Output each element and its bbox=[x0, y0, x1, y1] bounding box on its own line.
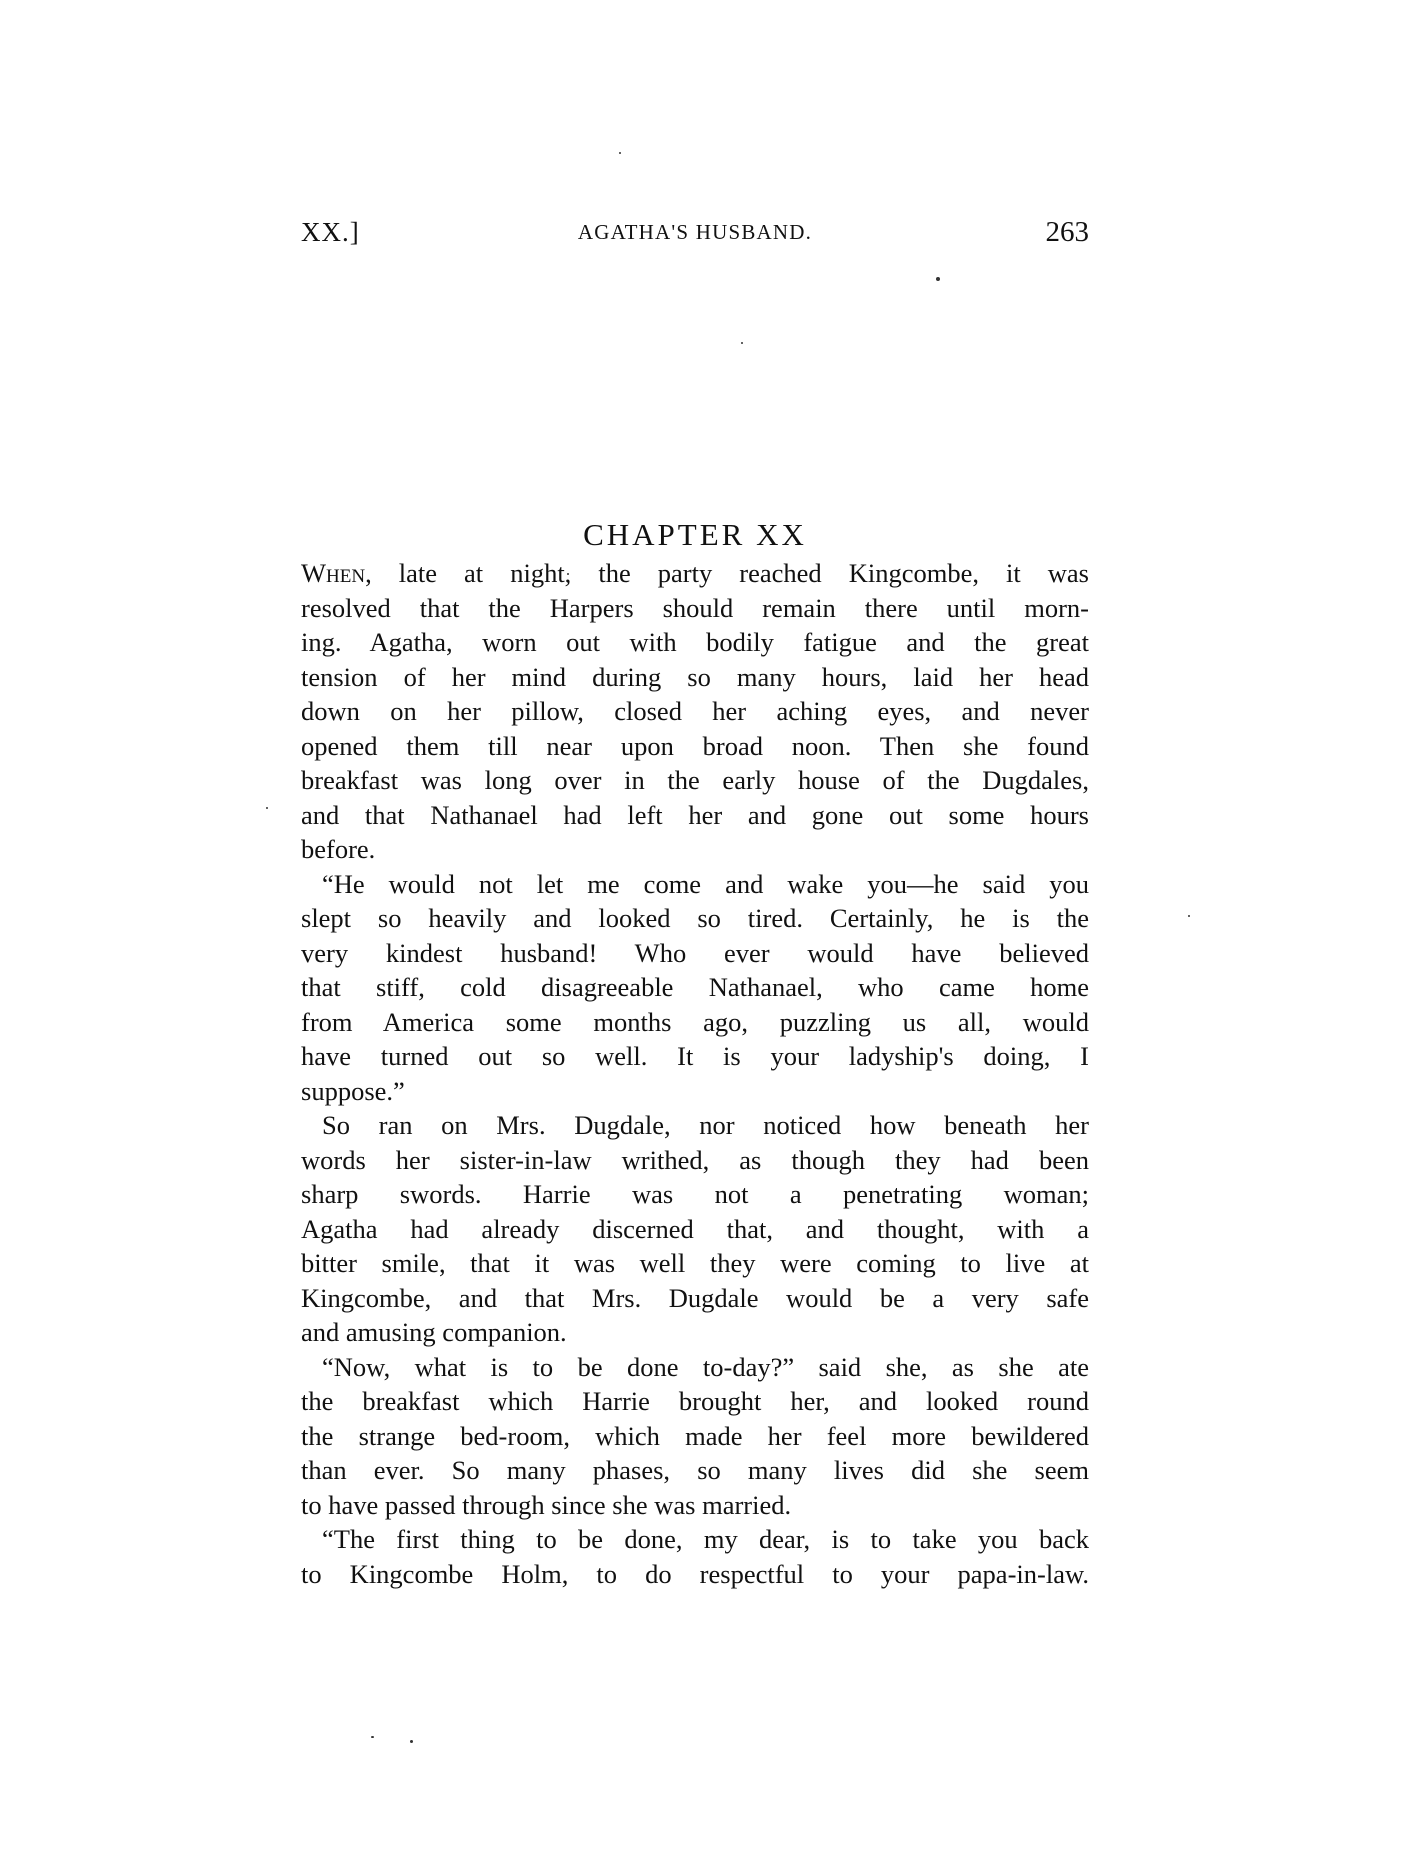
text-line: to Kingcombe Holm, to do respectful to y… bbox=[301, 1557, 1089, 1592]
chapter-heading: CHAPTER XX bbox=[301, 515, 1089, 555]
text-line: the breakfast which Harrie brought her, … bbox=[301, 1384, 1089, 1419]
drop-word: When bbox=[301, 558, 365, 588]
text-line: and amusing companion. bbox=[301, 1315, 1089, 1350]
text-line: resolved that the Harpers should remain … bbox=[301, 591, 1089, 626]
text-line: slept so heavily and looked so tired. Ce… bbox=[301, 901, 1089, 936]
text-line: very kindest husband! Who ever would hav… bbox=[301, 936, 1089, 971]
scan-speck bbox=[619, 152, 621, 154]
text-line: breakfast was long over in the early hou… bbox=[301, 763, 1089, 798]
text-line: that stiff, cold disagreeable Nathanael,… bbox=[301, 970, 1089, 1005]
scan-speck bbox=[371, 1736, 374, 1738]
book-page: XX.] AGATHA'S HUSBAND. 263 CHAPTER XX Wh… bbox=[0, 0, 1401, 1851]
scan-speck bbox=[410, 1740, 413, 1743]
text-line: bitter smile, that it was well they were… bbox=[301, 1246, 1089, 1281]
page-number: 263 bbox=[1046, 214, 1090, 250]
scan-speck bbox=[1188, 915, 1190, 917]
text-line: the strange bed-room, which made her fee… bbox=[301, 1419, 1089, 1454]
text-line: suppose.” bbox=[301, 1074, 1089, 1109]
text-line: to have passed through since she was mar… bbox=[301, 1488, 1089, 1523]
scan-speck bbox=[936, 277, 940, 281]
text-line: “Now, what is to be done to-day?” said s… bbox=[301, 1350, 1089, 1385]
text-line: words her sister-in-law writhed, as thou… bbox=[301, 1143, 1089, 1178]
scan-speck bbox=[266, 807, 268, 809]
text-line: “He would not let me come and wake you—h… bbox=[301, 867, 1089, 902]
text-line: Kingcombe, and that Mrs. Dugdale would b… bbox=[301, 1281, 1089, 1316]
book-title: AGATHA'S HUSBAND. bbox=[301, 214, 1089, 250]
scan-speck bbox=[741, 342, 743, 344]
text-line: Agatha had already discerned that, and t… bbox=[301, 1212, 1089, 1247]
running-head: XX.] AGATHA'S HUSBAND. 263 bbox=[301, 214, 1089, 250]
body-text: When, late at night, the party reached K… bbox=[301, 556, 1089, 1591]
text-line: sharp swords. Harrie was not a penetrati… bbox=[301, 1177, 1089, 1212]
scan-speck bbox=[567, 573, 569, 575]
text-line: than ever. So many phases, so many lives… bbox=[301, 1453, 1089, 1488]
text-line: opened them till near upon broad noon. T… bbox=[301, 729, 1089, 764]
text-line: So ran on Mrs. Dugdale, nor noticed how … bbox=[301, 1108, 1089, 1143]
text-line: from America some months ago, puzzling u… bbox=[301, 1005, 1089, 1040]
text-line: before. bbox=[301, 832, 1089, 867]
text-line: have turned out so well. It is your lady… bbox=[301, 1039, 1089, 1074]
text-line: “The first thing to be done, my dear, is… bbox=[301, 1522, 1089, 1557]
text-line: down on her pillow, closed her aching ey… bbox=[301, 694, 1089, 729]
text-line: tension of her mind during so many hours… bbox=[301, 660, 1089, 695]
text-line: ing. Agatha, worn out with bodily fatigu… bbox=[301, 625, 1089, 660]
text-line: and that Nathanael had left her and gone… bbox=[301, 798, 1089, 833]
text-line: When, late at night, the party reached K… bbox=[301, 556, 1089, 591]
